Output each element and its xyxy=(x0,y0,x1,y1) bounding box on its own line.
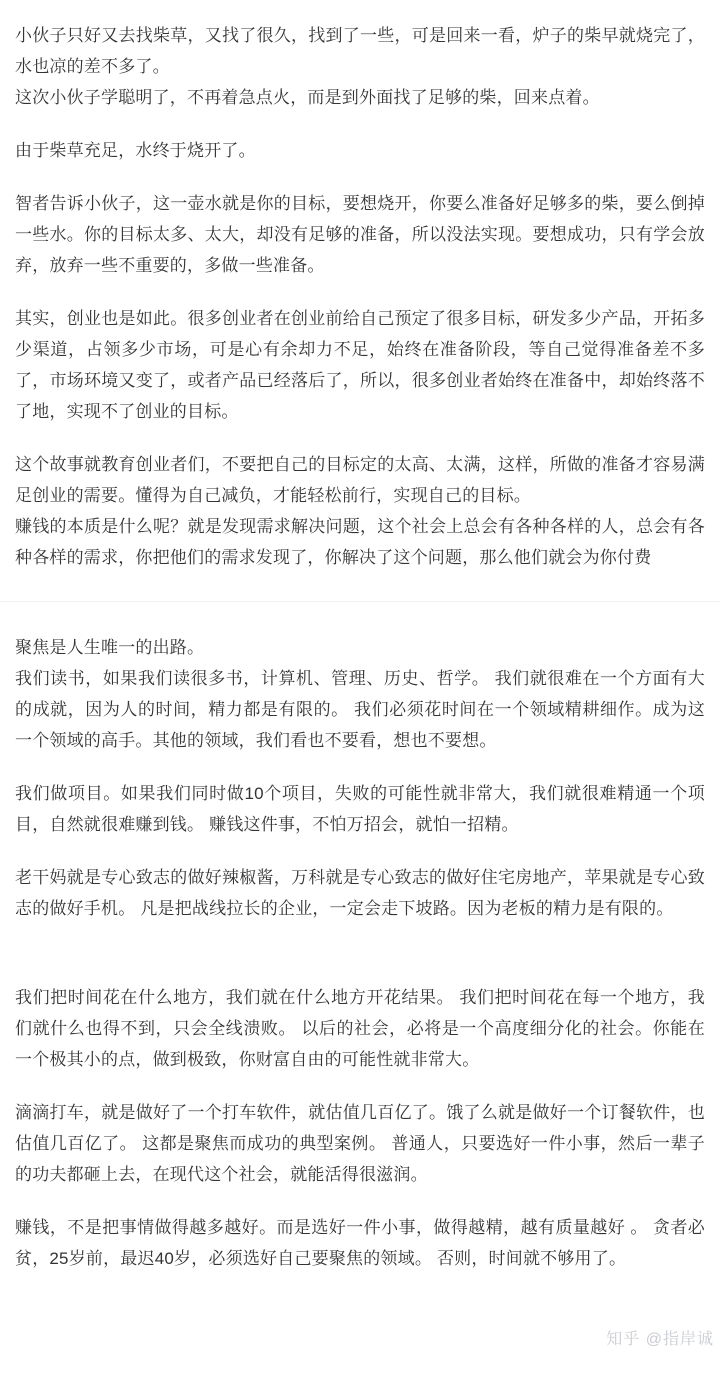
paragraph: 这次小伙子学聪明了，不再着急点火，而是到外面找了足够的柴，回来点着。 xyxy=(15,82,705,113)
paragraph: 智者告诉小伙子，这一壶水就是你的目标，要想烧开，你要么准备好足够多的柴，要么倒掉… xyxy=(15,188,705,281)
section-divider xyxy=(0,601,720,602)
paragraph: 小伙子只好又去找柴草，又找了很久，找到了一些，可是回来一看，炉子的柴早就烧完了，… xyxy=(15,20,705,82)
paragraph: 我们把时间花在什么地方，我们就在什么地方开花结果。 我们把时间花在每一个地方，我… xyxy=(15,982,705,1075)
paragraph: 我们做项目。如果我们同时做10个项目，失败的可能性就非常大，我们就很难精通一个项… xyxy=(15,778,705,840)
paragraph: 滴滴打车，就是做好了一个打车软件，就估值几百亿了。饿了么就是做好一个订餐软件，也… xyxy=(15,1097,705,1190)
paragraph: 赚钱，不是把事情做得越多越好。而是选好一件小事，做得越精，越有质量越好 。 贪者… xyxy=(15,1212,705,1274)
paragraph: 这个故事就教育创业者们，不要把自己的目标定的太高、太满，这样，所做的准备才容易满… xyxy=(15,449,705,511)
zhihu-watermark: 知乎 @指岸诚 xyxy=(606,1326,714,1349)
paragraph: 老干妈就是专心致志的做好辣椒酱，万科就是专心致志的做好住宅房地产，苹果就是专心致… xyxy=(15,862,705,924)
paragraph: 其实，创业也是如此。很多创业者在创业前给自己预定了很多目标，研发多少产品，开拓多… xyxy=(15,303,705,427)
paragraph: 我们读书，如果我们读很多书，计算机、管理、历史、哲学。 我们就很难在一个方面有大… xyxy=(15,663,705,756)
article-body: 小伙子只好又去找柴草，又找了很久，找到了一些，可是回来一看，炉子的柴早就烧完了，… xyxy=(0,0,720,1274)
paragraph: 聚焦是人生唯一的出路。 xyxy=(15,632,705,663)
paragraph: 由于柴草充足，水终于烧开了。 xyxy=(15,135,705,166)
paragraph: 赚钱的本质是什么呢？就是发现需求解决问题，这个社会上总会有各种各样的人，总会有各… xyxy=(15,511,705,573)
